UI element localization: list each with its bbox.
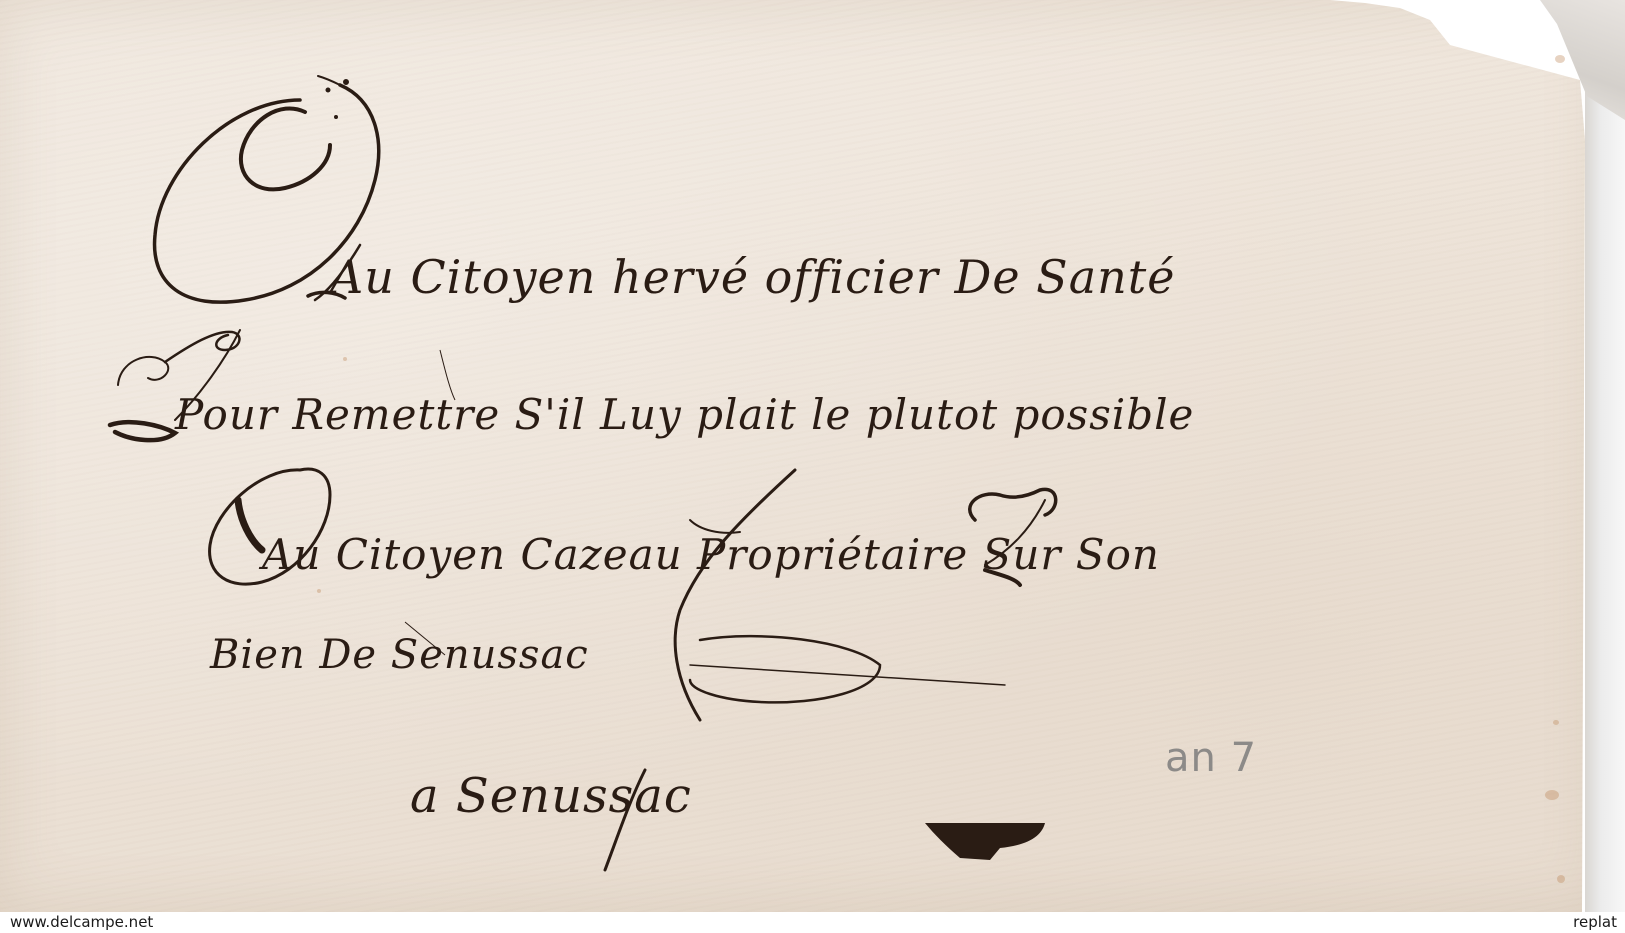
- manuscript-line-3: Au Citoyen Cazeau Propriétaire Sur Son: [262, 530, 1160, 579]
- manuscript-line-5: a Senussac: [410, 768, 692, 824]
- pencil-annotation: an 7: [1165, 735, 1257, 781]
- watermark-seller: replat: [1573, 912, 1617, 933]
- watermark-bar: www.delcampe.net replat: [0, 912, 1625, 933]
- manuscript-line-2: Pour Remettre S'il Luy plait le plutot p…: [175, 390, 1194, 439]
- manuscript-line-1: Au Citoyen hervé officier De Santé: [330, 250, 1175, 304]
- scanned-document: Au Citoyen hervé officier De Santé Pour …: [0, 0, 1625, 912]
- manuscript-line-4: Bien De Senussac: [210, 632, 589, 678]
- watermark-site: www.delcampe.net: [10, 912, 153, 933]
- page: Au Citoyen hervé officier De Santé Pour …: [0, 0, 1625, 933]
- ink-flourishes: [0, 0, 1625, 912]
- flourish-c-line3: [675, 470, 1005, 720]
- ink-blot: [925, 823, 1045, 860]
